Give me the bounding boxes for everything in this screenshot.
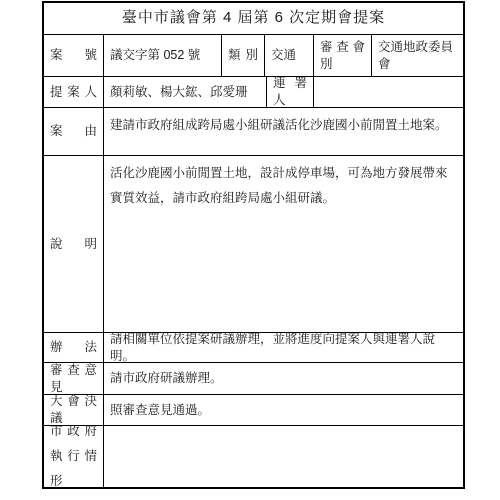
- committee-label: 審查會別: [313, 35, 371, 76]
- proposal-table: 臺中市議會第 4 屆第 6 次定期會提案 案號 議交字第 052 號 類別 交通…: [42, 1, 465, 489]
- proposer-value: 顏莉敏、楊大鋐、邱愛珊: [103, 77, 266, 107]
- resolution-row: 大會決議 照審查意見通過。: [44, 394, 463, 425]
- review-opinion-label: 審查意見: [44, 363, 103, 394]
- subject-row: 案由 建請市政府組成跨局處小組研議活化沙鹿國小前閒置土地案。: [44, 107, 463, 155]
- execution-value: [103, 426, 463, 487]
- page-title: 臺中市議會第 4 屆第 6 次定期會提案: [44, 3, 463, 34]
- resolution-value: 照審查意見通過。: [103, 395, 463, 425]
- execution-label-line1: 市政府: [50, 426, 97, 444]
- co-signer-label: 連署人: [266, 77, 313, 107]
- category-label: 類別: [221, 35, 264, 76]
- proposer-row: 提案人 顏莉敏、楊大鋐、邱愛珊 連署人: [44, 76, 463, 107]
- execution-row: 市政府 執行情形: [44, 425, 463, 487]
- method-label: 辦法: [44, 333, 103, 362]
- method-row: 辦法 請相關單位依提案研議辦理，並將進度向提案人與連署人說明。: [44, 332, 463, 362]
- review-opinion-value: 請市政府研議辦理。: [103, 363, 463, 394]
- subject-value: 建請市政府組成跨局處小組研議活化沙鹿國小前閒置土地案。: [103, 108, 463, 155]
- execution-label: 市政府 執行情形: [44, 426, 103, 487]
- method-value: 請相關單位依提案研議辦理，並將進度向提案人與連署人說明。: [103, 333, 463, 362]
- execution-label-line2: 執行情形: [50, 444, 97, 487]
- document-page: { "title": "臺中市議會第 4 屆第 6 次定期會提案", "colo…: [0, 0, 500, 500]
- case-number-label: 案號: [44, 35, 103, 76]
- proposer-label: 提案人: [44, 77, 103, 107]
- subject-label: 案由: [44, 108, 103, 155]
- description-row: 說明 活化沙鹿國小前閒置土地，設計成停車場，可為地方發展帶來實質效益，請市政府組…: [44, 155, 463, 332]
- title-row: 臺中市議會第 4 屆第 6 次定期會提案: [44, 3, 463, 34]
- description-value: 活化沙鹿國小前閒置土地，設計成停車場，可為地方發展帶來實質效益，請市政府組跨局處…: [103, 156, 463, 332]
- co-signer-value: [313, 77, 463, 107]
- review-opinion-row: 審查意見 請市政府研議辦理。: [44, 362, 463, 394]
- case-number-value: 議交字第 052 號: [103, 35, 221, 76]
- category-value: 交通: [264, 35, 313, 76]
- resolution-label: 大會決議: [44, 395, 103, 425]
- description-label: 說明: [44, 156, 103, 332]
- committee-value: 交通地政委員會: [371, 35, 463, 76]
- case-number-row: 案號 議交字第 052 號 類別 交通 審查會別 交通地政委員會: [44, 34, 463, 76]
